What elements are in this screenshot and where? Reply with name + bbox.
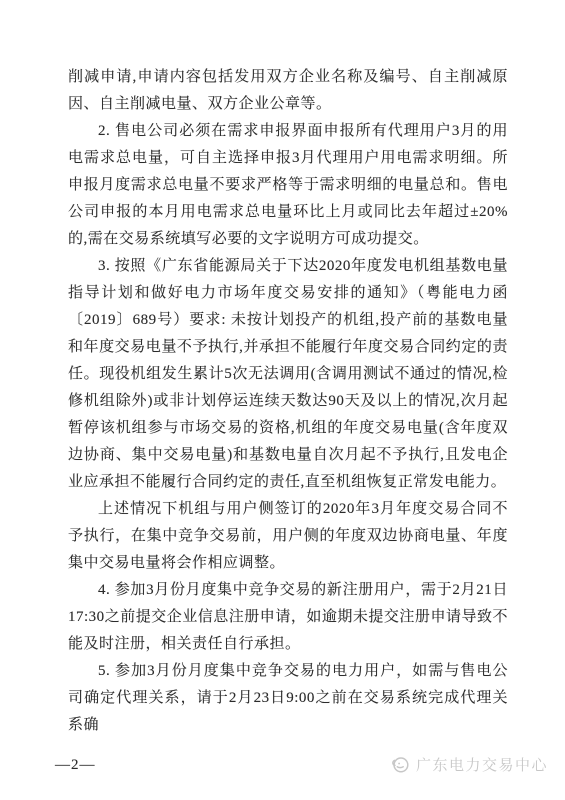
document-page: 削减申请,申请内容包括发用双方企业名称及编号、自主削减原因、自主削减电量、双方企…: [0, 0, 565, 800]
body-paragraph: 3. 按照《广东省能源局关于下达2020年度发电机组基数电量指导计划和做好电力市…: [68, 253, 508, 496]
gptc-logo-icon: [389, 753, 411, 775]
body-paragraph: 上述情况下机组与用户侧签订的2020年3月年度交易合同不予执行，在集中竞争交易前…: [68, 496, 508, 577]
watermark-label: 广东电力交易中心: [416, 754, 548, 775]
body-paragraph: 4. 参加3月份月度集中竞争交易的新注册用户，需于2月21日17:30之前提交企…: [68, 577, 508, 658]
body-paragraph: 削减申请,申请内容包括发用双方企业名称及编号、自主削减原因、自主削减电量、双方企…: [68, 64, 508, 118]
body-paragraph: 2. 售电公司必须在需求申报界面申报所有代理用户3月的用电需求总电量，可自主选择…: [68, 118, 508, 253]
watermark: 广东电力交易中心: [389, 753, 548, 775]
page-number: —2—: [55, 757, 96, 774]
document-body: 削减申请,申请内容包括发用双方企业名称及编号、自主削减原因、自主削减电量、双方企…: [68, 64, 508, 739]
body-paragraph: 5. 参加3月份月度集中竞争交易的电力用户，如需与售电公司确定代理关系，请于2月…: [68, 658, 508, 739]
